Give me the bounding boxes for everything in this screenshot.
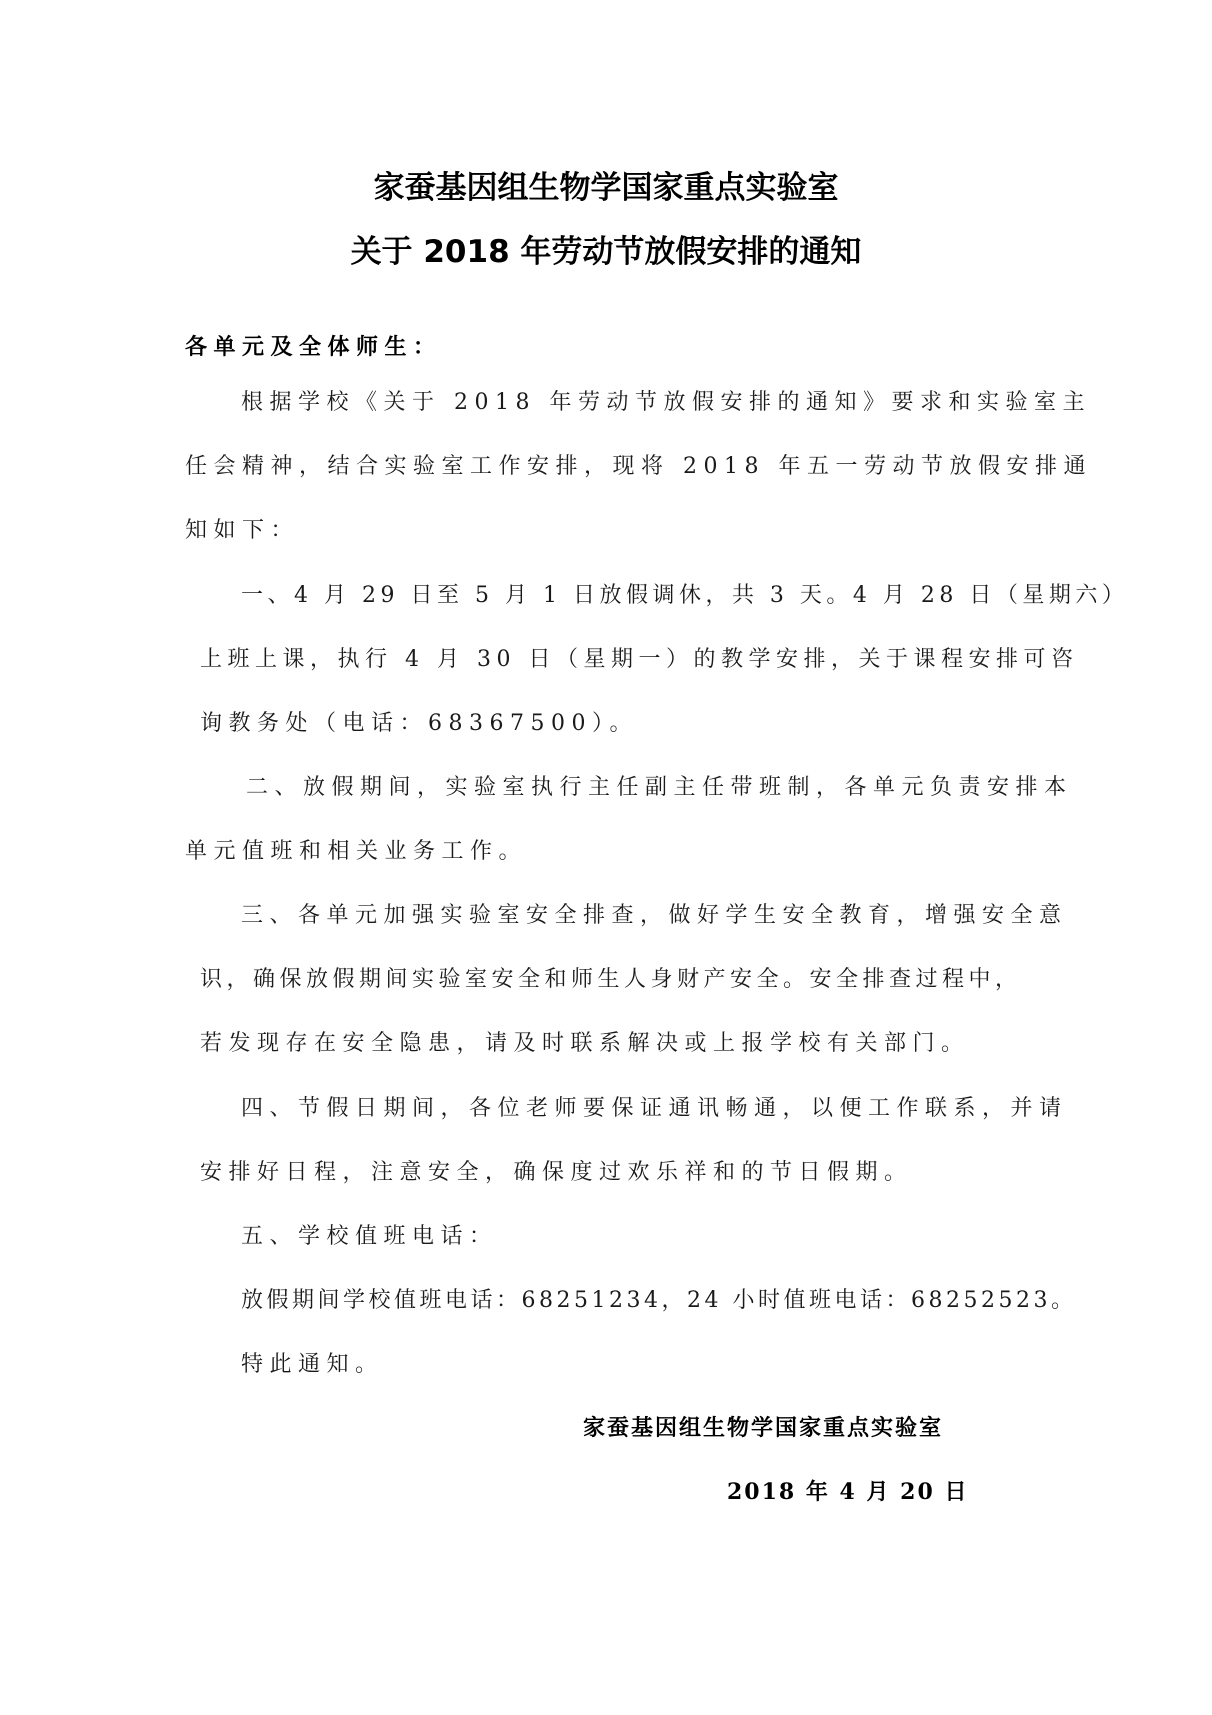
item-3-line-2: 识，确保放假期间实验室安全和师生人身财产安全。安全排查过程中， (200, 962, 1022, 993)
item-3-line-3: 若发现存在安全隐患，请及时联系解决或上报学校有关部门。 (200, 1026, 970, 1057)
salutation: 各单元及全体师生： (185, 330, 442, 361)
signature-organization: 家蚕基因组生物学国家重点实验室 (583, 1411, 943, 1442)
item-3-line-1: 三、各单元加强实验室安全排查，做好学生安全教育，增强安全意 (241, 898, 1068, 929)
title-notice: 关于 2018 年劳动节放假安排的通知 (0, 226, 1212, 271)
paragraph-intro-line-2: 任会精神，结合实验室工作安排，现将 2018 年五一劳动节放假安排通 (185, 449, 1092, 480)
item-2-line-1: 二、放假期间，实验室执行主任副主任带班制，各单元负责安排本 (246, 770, 1073, 801)
item-4-line-1: 四、节假日期间，各位老师要保证通讯畅通，以便工作联系，并请 (241, 1091, 1068, 1122)
item-2-line-2: 单元值班和相关业务工作。 (185, 834, 527, 865)
closing-remark: 特此通知。 (241, 1347, 384, 1378)
item-4-line-2: 安排好日程，注意安全，确保度过欢乐祥和的节日假期。 (200, 1155, 913, 1186)
title-organization: 家蚕基因组生物学国家重点实验室 (0, 162, 1212, 207)
signature-date: 2018 年 4 月 20 日 (727, 1475, 968, 1506)
item-1-line-2: 上班上课，执行 4 月 30 日（星期一）的教学安排，关于课程安排可咨 (200, 642, 1078, 673)
item-5-heading: 五、学校值班电话： (241, 1219, 498, 1250)
paragraph-intro-line-1: 根据学校《关于 2018 年劳动节放假安排的通知》要求和实验室主 (241, 385, 1091, 416)
item-5-phones: 放假期间学校值班电话：68251234，24 小时值班电话：68252523。 (241, 1283, 1076, 1314)
paragraph-intro-line-3: 知如下： (185, 513, 299, 544)
item-1-line-3: 询教务处（电话：68367500）。 (200, 706, 638, 737)
item-1-line-1: 一、4 月 29 日至 5 月 1 日放假调休，共 3 天。4 月 28 日（星… (241, 578, 1128, 609)
